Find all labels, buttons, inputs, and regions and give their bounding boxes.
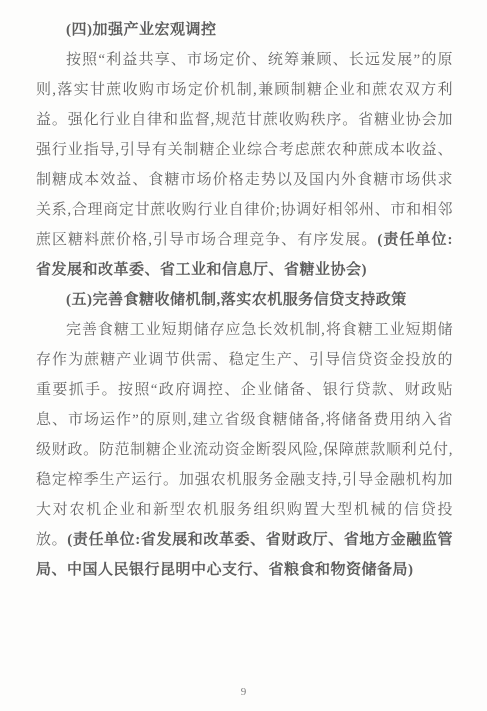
page-number: 9 — [0, 686, 487, 698]
document-page: (四)加强产业宏观调控 按照“利益共享、市场定价、统筹兼顾、长远发展”的原则,落… — [0, 0, 487, 711]
paragraph-text: 完善食糖工业短期储存应急长效机制,将食糖工业短期储存作为蔗糖产业调节供需、稳定生… — [36, 322, 453, 548]
section-heading-5: (五)完善食糖收储机制,落实农机服务信贷支持政策 — [36, 285, 453, 315]
section-paragraph-4: 按照“利益共享、市场定价、统筹兼顾、长远发展”的原则,落实甘蔗收购市场定价机制,… — [36, 45, 453, 285]
section-paragraph-5: 完善食糖工业短期储存应急长效机制,将食糖工业短期储存作为蔗糖产业调节供需、稳定生… — [36, 315, 453, 585]
section-heading-4: (四)加强产业宏观调控 — [36, 15, 453, 45]
responsible-unit: (责任单位:省发展和改革委、省财政厅、省地方金融监管局、中国人民银行昆明中心支行… — [36, 532, 453, 578]
paragraph-text: 按照“利益共享、市场定价、统筹兼顾、长远发展”的原则,落实甘蔗收购市场定价机制,… — [36, 52, 453, 248]
document-body: (四)加强产业宏观调控 按照“利益共享、市场定价、统筹兼顾、长远发展”的原则,落… — [0, 0, 487, 585]
